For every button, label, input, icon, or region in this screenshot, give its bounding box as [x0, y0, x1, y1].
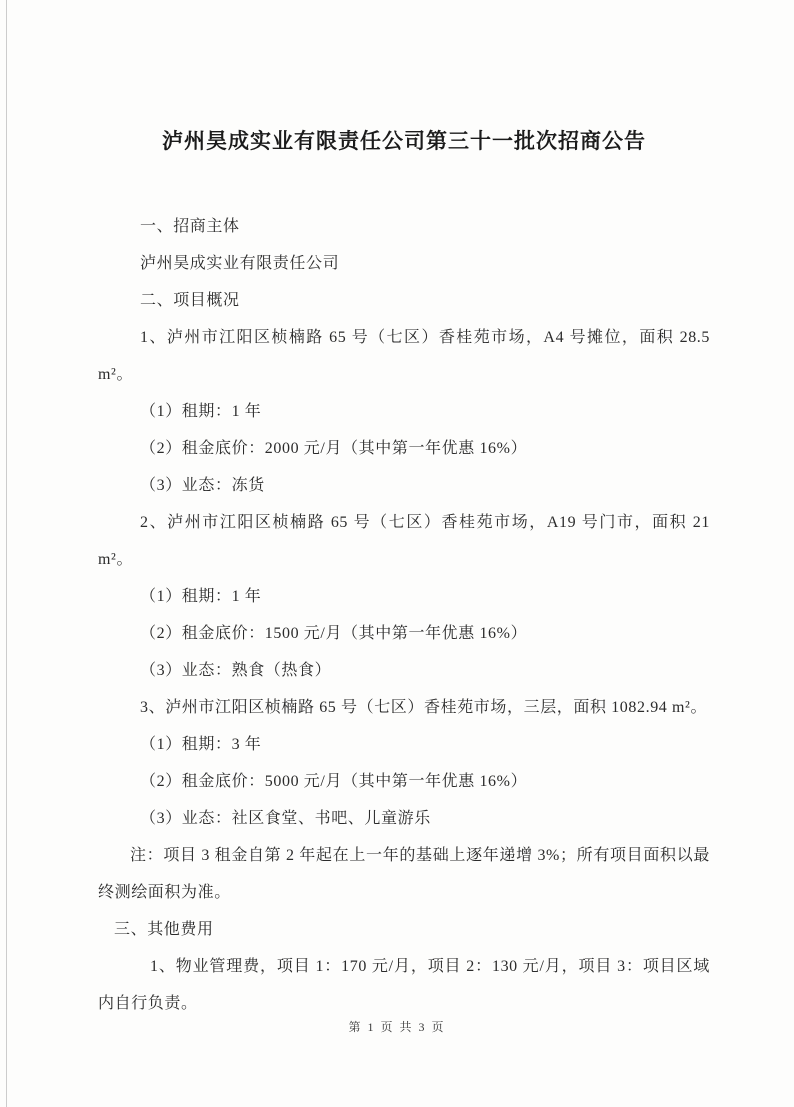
- scanned-document-page: 泸州昊成实业有限责任公司第三十一批次招商公告 一、招商主体 泸州昊成实业有限责任…: [0, 0, 794, 1107]
- section-3-heading: 三、其他费用: [98, 911, 710, 948]
- project-3-rent: （2）租金底价：5000 元/月（其中第一年优惠 16%）: [98, 763, 710, 800]
- project-2-lease: （1）租期：1 年: [98, 578, 710, 615]
- section-2-heading: 二、项目概况: [98, 282, 710, 319]
- fee-paragraph: 1、物业管理费，项目 1：170 元/月，项目 2：130 元/月，项目 3：项…: [98, 948, 710, 1022]
- section-1-heading: 一、招商主体: [98, 208, 710, 245]
- project-1-lease: （1）租期：1 年: [98, 393, 710, 430]
- project-2-rent: （2）租金底价：1500 元/月（其中第一年优惠 16%）: [98, 615, 710, 652]
- document-title: 泸州昊成实业有限责任公司第三十一批次招商公告: [98, 126, 710, 158]
- project-1-intro: 1、泸州市江阳区桢楠路 65 号（七区）香桂苑市场，A4 号摊位，面积 28.5…: [98, 319, 710, 393]
- project-3-business: （3）业态：社区食堂、书吧、儿童游乐: [98, 800, 710, 837]
- project-1-rent: （2）租金底价：2000 元/月（其中第一年优惠 16%）: [98, 430, 710, 467]
- page-number: 第 1 页 共 3 页: [0, 1020, 794, 1034]
- project-1-business: （3）业态：冻货: [98, 467, 710, 504]
- project-2-business: （3）业态：熟食（热食）: [98, 652, 710, 689]
- project-2-intro: 2、泸州市江阳区桢楠路 65 号（七区）香桂苑市场，A19 号门市，面积 21 …: [98, 504, 710, 578]
- project-3-intro: 3、泸州市江阳区桢楠路 65 号（七区）香桂苑市场，三层，面积 1082.94 …: [98, 689, 710, 726]
- section-1-body: 泸州昊成实业有限责任公司: [98, 245, 710, 282]
- project-3-lease: （1）租期：3 年: [98, 726, 710, 763]
- note-paragraph: 注：项目 3 租金自第 2 年起在上一年的基础上逐年递增 3%；所有项目面积以最…: [98, 837, 710, 911]
